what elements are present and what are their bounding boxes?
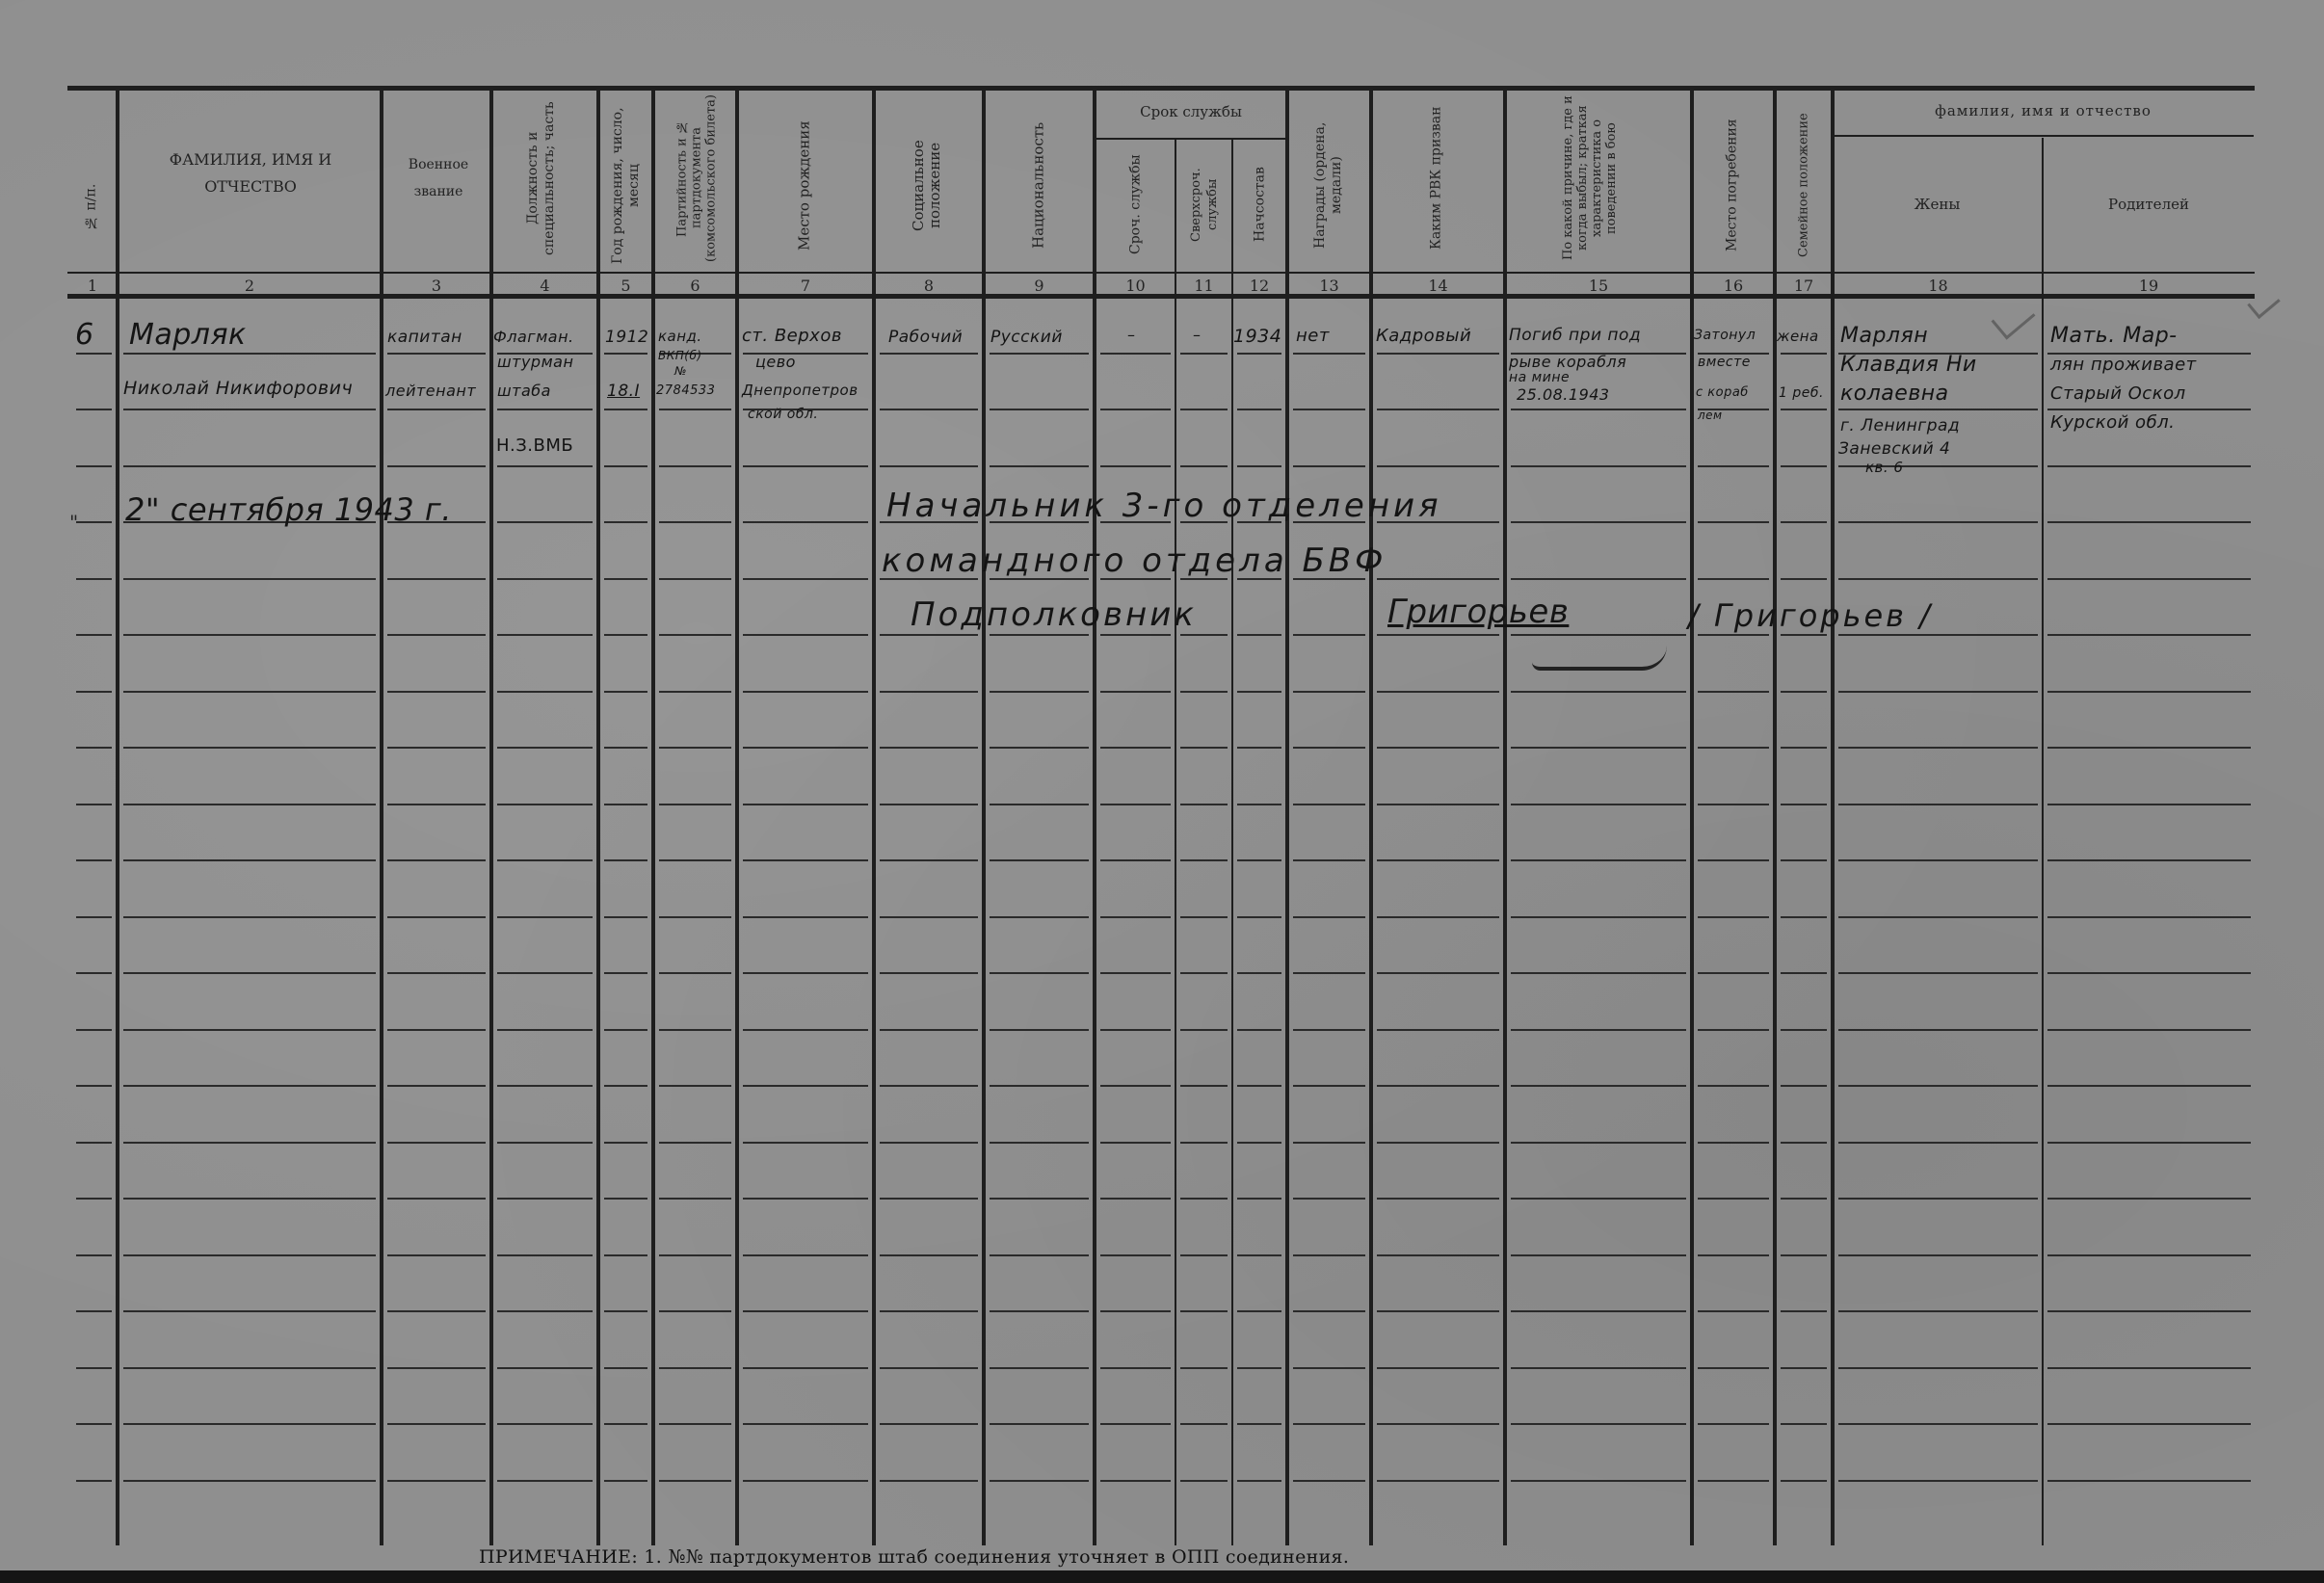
row-line	[387, 1423, 486, 1425]
row-line	[76, 1480, 112, 1482]
row-line	[1180, 1367, 1228, 1369]
colnum-2: 2	[119, 277, 380, 294]
row-line	[604, 747, 647, 749]
row-line	[1293, 1029, 1365, 1031]
row-line	[76, 353, 112, 355]
row-line	[387, 409, 486, 410]
row-line	[604, 1310, 647, 1312]
col-divider-13	[1369, 89, 1373, 1545]
row-line	[76, 972, 112, 974]
row-line	[387, 1142, 486, 1144]
row-line	[387, 1085, 486, 1087]
row-line	[1511, 1029, 1686, 1031]
colnum-6: 6	[655, 277, 735, 294]
entry-parents-2: лян проживает	[2050, 355, 2197, 375]
row-line	[604, 1085, 647, 1087]
row-line	[604, 1423, 647, 1425]
row-line	[1293, 353, 1365, 355]
entry-wife-2: Клавдия Ни	[1840, 353, 1977, 377]
row-line	[497, 859, 593, 861]
entry-social-status: Рабочий	[888, 328, 963, 347]
row-line	[2047, 578, 2251, 580]
row-line	[2047, 1480, 2251, 1482]
col-divider-15	[1690, 89, 1694, 1545]
service-term-subrule	[1096, 138, 1286, 140]
row-line	[604, 1480, 647, 1482]
row-line	[604, 353, 647, 355]
row-line	[2047, 521, 2251, 523]
row-line	[1377, 804, 1499, 805]
row-line	[1698, 1085, 1769, 1087]
row-line	[743, 1142, 868, 1144]
row-line	[1511, 1254, 1686, 1256]
colnum-19: 19	[2044, 277, 2254, 294]
row-line	[1237, 1254, 1281, 1256]
row-line	[1293, 1367, 1365, 1369]
row-line	[1237, 1142, 1281, 1144]
entry-wife-5: Заневский 4	[1838, 439, 1950, 459]
row-line	[659, 634, 731, 636]
header-group-service-term: Срок службы	[1096, 98, 1286, 125]
row-line	[123, 804, 376, 805]
row-line	[2047, 1029, 2251, 1031]
row-line	[1293, 1254, 1365, 1256]
entry-burial-2: вместе	[1698, 355, 1751, 370]
row-line	[497, 1085, 593, 1087]
row-line	[1100, 916, 1171, 918]
row-line	[1237, 409, 1281, 410]
entry-birthplace-2: цево	[755, 353, 796, 371]
row-line	[1838, 1198, 2038, 1200]
entry-command-staff-year: 1934	[1233, 326, 1281, 347]
row-line	[880, 859, 978, 861]
row-line	[1698, 859, 1769, 861]
row-line	[76, 1085, 112, 1087]
col-divider-6	[735, 89, 739, 1545]
signature-name: / Григорьев /	[1688, 597, 1933, 634]
row-line	[1781, 1423, 1827, 1425]
entry-nationality: Русский	[990, 328, 1063, 347]
row-line	[1838, 1029, 2038, 1031]
row-line	[1377, 972, 1499, 974]
row-line	[1511, 465, 1686, 467]
row-line	[1511, 1423, 1686, 1425]
row-line	[1377, 1254, 1499, 1256]
entry-party-1: канд.	[658, 328, 702, 345]
entry-burial-3: с кораб	[1696, 385, 1749, 400]
header-col-18: Жены	[1833, 193, 2042, 216]
row-line	[1293, 1310, 1365, 1312]
row-line	[1838, 578, 2038, 580]
row-line	[2047, 465, 2251, 467]
row-line	[659, 1310, 731, 1312]
row-line	[659, 804, 731, 805]
row-line	[1237, 747, 1281, 749]
row-line	[497, 1480, 593, 1482]
row-line	[1781, 634, 1827, 636]
row-line	[497, 521, 593, 523]
row-line	[743, 916, 868, 918]
row-line	[123, 916, 376, 918]
row-line	[76, 916, 112, 918]
row-line	[990, 804, 1089, 805]
column-number-rule	[67, 272, 2255, 274]
row-line	[1180, 353, 1228, 355]
row-line	[76, 1254, 112, 1256]
signature-scrawl: Григорьев	[1387, 593, 1569, 631]
row-line	[1781, 1085, 1827, 1087]
row-line	[1100, 1085, 1171, 1087]
row-line	[497, 1198, 593, 1200]
entry-family-2: 1 реб.	[1779, 385, 1824, 401]
row-line	[1781, 409, 1827, 410]
col-divider-14	[1503, 89, 1507, 1545]
row-line	[1180, 465, 1228, 467]
entry-position-3: штаба	[497, 382, 551, 400]
row-line	[990, 916, 1089, 918]
row-line	[659, 1029, 731, 1031]
row-line	[659, 747, 731, 749]
entry-position-2: штурман	[497, 353, 573, 371]
row-line	[743, 1423, 868, 1425]
row-line	[659, 465, 731, 467]
row-line	[1237, 1480, 1281, 1482]
colnum-11: 11	[1176, 277, 1231, 294]
row-line	[387, 465, 486, 467]
row-line	[990, 465, 1089, 467]
row-line	[1100, 691, 1171, 693]
row-line	[880, 691, 978, 693]
row-line	[1698, 1254, 1769, 1256]
row-line	[497, 634, 593, 636]
row-line	[1781, 578, 1827, 580]
row-line	[1100, 634, 1171, 636]
entry-wife-4: г. Ленинград	[1840, 416, 1960, 435]
row-line	[1100, 1480, 1171, 1482]
row-line	[880, 972, 978, 974]
row-line	[1838, 1480, 2038, 1482]
row-line	[1377, 353, 1499, 355]
entry-party-4: 2784533	[656, 383, 715, 398]
row-line	[1237, 1198, 1281, 1200]
row-line	[1377, 1423, 1499, 1425]
row-line	[1180, 1198, 1228, 1200]
row-line	[387, 1254, 486, 1256]
entry-position-4: Н.З.ВМБ	[496, 435, 573, 456]
row-line	[743, 1254, 868, 1256]
row-line	[1511, 1367, 1686, 1369]
entry-party-2: ВКП(б)	[658, 349, 702, 362]
entry-rank-1: капитан	[387, 328, 462, 347]
row-line	[123, 1198, 376, 1200]
row-line	[76, 465, 112, 467]
row-line	[1293, 1198, 1365, 1200]
row-line	[497, 1423, 593, 1425]
entry-birthplace-4: ской обл.	[748, 407, 818, 422]
row-line	[123, 1029, 376, 1031]
row-line	[1511, 1480, 1686, 1482]
row-line	[1838, 1085, 2038, 1087]
row-line	[1180, 1142, 1228, 1144]
colnum-9: 9	[986, 277, 1093, 294]
row-line	[76, 634, 112, 636]
row-line	[1237, 1085, 1281, 1087]
row-line	[497, 691, 593, 693]
colnum-16: 16	[1694, 277, 1773, 294]
row-line	[990, 691, 1089, 693]
row-line	[743, 634, 868, 636]
row-line	[123, 1480, 376, 1482]
colnum-12: 12	[1233, 277, 1285, 294]
entry-surname: Марляк	[129, 318, 247, 352]
row-line	[497, 1310, 593, 1312]
row-line	[1293, 972, 1365, 974]
row-line	[659, 578, 731, 580]
row-line	[2047, 691, 2251, 693]
row-line	[1237, 804, 1281, 805]
row-line	[604, 1198, 647, 1200]
row-line	[659, 521, 731, 523]
row-line	[1698, 747, 1769, 749]
row-line	[497, 1142, 593, 1144]
row-line	[659, 409, 731, 410]
signature-flourish	[1532, 646, 1667, 671]
header-col-19: Родителей	[2044, 193, 2254, 216]
row-line	[659, 1480, 731, 1482]
colnum-18: 18	[1835, 277, 2042, 294]
row-line	[880, 353, 978, 355]
row-line	[76, 804, 112, 805]
row-line	[659, 972, 731, 974]
row-line	[2047, 1423, 2251, 1425]
row-line	[1838, 747, 2038, 749]
row-line	[2047, 409, 2251, 410]
colnum-10: 10	[1096, 277, 1175, 294]
row-line	[1293, 804, 1365, 805]
row-line	[123, 859, 376, 861]
row-line	[1100, 972, 1171, 974]
row-line	[990, 972, 1089, 974]
row-line	[1293, 691, 1365, 693]
row-line	[497, 1367, 593, 1369]
col-divider-4	[596, 89, 600, 1545]
entry-awards: нет	[1296, 326, 1330, 346]
row-line	[1100, 1310, 1171, 1312]
header-col-5: Год рождения, число, месяц	[605, 106, 647, 265]
checkmark-icon	[1992, 297, 2036, 339]
row-line	[990, 1480, 1089, 1482]
row-line	[604, 691, 647, 693]
header-col-12: Начсостав	[1247, 145, 1274, 265]
row-line	[1781, 1480, 1827, 1482]
row-line	[1698, 1198, 1769, 1200]
row-line	[1293, 1142, 1365, 1144]
col-divider-1	[116, 89, 119, 1545]
row-line	[743, 521, 868, 523]
row-line	[990, 1029, 1089, 1031]
header-col-6: Партийность и № партдокумента (комсомоль…	[665, 92, 728, 265]
header-col-16: Место погребения	[1720, 106, 1745, 265]
header-col-8: Социальное положение	[906, 106, 948, 265]
entry-wife-6: кв. 6	[1865, 459, 1903, 476]
row-line	[880, 465, 978, 467]
row-line	[1781, 972, 1827, 974]
row-line	[1698, 916, 1769, 918]
entry-reason-3: на мине	[1509, 370, 1570, 385]
col-divider-12	[1285, 89, 1289, 1545]
row-line	[1838, 409, 2038, 410]
row-line	[1180, 1085, 1228, 1087]
row-line	[1377, 691, 1499, 693]
row-line	[1838, 634, 2038, 636]
row-line	[1293, 1423, 1365, 1425]
row-line	[1511, 578, 1686, 580]
row-line	[1377, 859, 1499, 861]
col-divider-5	[651, 89, 655, 1545]
row-line	[880, 1480, 978, 1482]
row-line	[880, 1310, 978, 1312]
col-divider-9	[1093, 89, 1096, 1545]
row-line	[990, 1310, 1089, 1312]
entry-birth-year: 1912	[605, 328, 648, 347]
row-line	[1511, 916, 1686, 918]
row-line	[387, 578, 486, 580]
header-col-14: Каким РВК призван	[1424, 92, 1449, 265]
row-line	[1781, 859, 1827, 861]
row-line	[1511, 521, 1686, 523]
row-line	[497, 916, 593, 918]
header-col-9: Национальность	[1026, 106, 1051, 265]
row-line	[123, 691, 376, 693]
row-line	[743, 465, 868, 467]
row-line	[76, 747, 112, 749]
row-line	[1237, 972, 1281, 974]
row-line	[990, 1142, 1089, 1144]
row-line	[76, 1367, 112, 1369]
row-line	[1100, 747, 1171, 749]
row-line	[1180, 972, 1228, 974]
header-col-13: Награды (ордена, медали)	[1307, 106, 1350, 265]
row-line	[880, 1254, 978, 1256]
row-line	[2047, 1142, 2251, 1144]
row-line	[1781, 691, 1827, 693]
signature-title-2: командного отдела БВФ	[882, 541, 1386, 580]
row-line	[1781, 1254, 1827, 1256]
entry-number: 6	[75, 318, 94, 352]
row-line	[1100, 859, 1171, 861]
row-line	[497, 409, 593, 410]
row-line	[123, 578, 376, 580]
row-line	[123, 353, 376, 355]
row-line	[880, 1142, 978, 1144]
row-line	[1180, 634, 1228, 636]
row-line	[1293, 747, 1365, 749]
row-line	[2047, 804, 2251, 805]
entry-parents-3: Старый Оскол	[2050, 383, 2186, 404]
row-line	[497, 465, 593, 467]
row-line	[1781, 916, 1827, 918]
row-line	[497, 804, 593, 805]
row-line	[123, 1254, 376, 1256]
row-line	[2047, 634, 2251, 636]
row-line	[659, 691, 731, 693]
row-line	[743, 804, 868, 805]
row-line	[1511, 804, 1686, 805]
row-line	[1698, 634, 1769, 636]
row-line	[1781, 465, 1827, 467]
row-line	[1511, 1085, 1686, 1087]
row-line	[387, 634, 486, 636]
row-line	[659, 1142, 731, 1144]
row-line	[1293, 859, 1365, 861]
row-line	[387, 747, 486, 749]
row-line	[1100, 1198, 1171, 1200]
entry-reason-4: 25.08.1943	[1517, 385, 1610, 404]
row-line	[123, 1367, 376, 1369]
row-line	[604, 972, 647, 974]
entry-reason-2: рыве корабля	[1509, 353, 1626, 371]
colnum-17: 17	[1777, 277, 1831, 294]
row-line	[880, 409, 978, 410]
row-line	[1838, 521, 2038, 523]
col-divider-7	[872, 89, 876, 1545]
col-divider-18	[2042, 138, 2044, 1545]
row-line	[1838, 916, 2038, 918]
row-line	[604, 1029, 647, 1031]
row-line	[1237, 465, 1281, 467]
row-line	[1377, 747, 1499, 749]
col-divider-8	[982, 89, 986, 1545]
row-line	[1237, 916, 1281, 918]
entry-parents-1: Мать. Мар-	[2050, 324, 2178, 348]
row-line	[497, 1029, 593, 1031]
row-line	[880, 747, 978, 749]
row-line	[1377, 465, 1499, 467]
row-line	[1781, 521, 1827, 523]
row-line	[1698, 1480, 1769, 1482]
row-line	[743, 747, 868, 749]
row-line	[1237, 859, 1281, 861]
row-line	[604, 916, 647, 918]
row-line	[1293, 465, 1365, 467]
row-line	[1698, 578, 1769, 580]
row-line	[1180, 1310, 1228, 1312]
row-line	[1293, 409, 1365, 410]
col-divider-16	[1773, 89, 1777, 1545]
row-line	[880, 1029, 978, 1031]
entry-family-1: жена	[1777, 328, 1819, 345]
row-line	[76, 859, 112, 861]
row-line	[76, 691, 112, 693]
row-line	[1838, 804, 2038, 805]
entry-service-extended: –	[1193, 326, 1202, 344]
header-col-17: Семейное положение	[1784, 106, 1823, 265]
colnum-15: 15	[1507, 277, 1690, 294]
row-line	[1180, 1480, 1228, 1482]
row-line	[123, 1142, 376, 1144]
row-line	[497, 578, 593, 580]
row-line	[1838, 1423, 2038, 1425]
row-line	[1781, 353, 1827, 355]
row-line	[1698, 972, 1769, 974]
row-line	[1100, 1254, 1171, 1256]
colnum-1: 1	[69, 277, 116, 294]
row-line	[1100, 409, 1171, 410]
row-line	[1698, 1142, 1769, 1144]
row-line	[743, 972, 868, 974]
colnum-13: 13	[1289, 277, 1369, 294]
row-line	[1237, 634, 1281, 636]
